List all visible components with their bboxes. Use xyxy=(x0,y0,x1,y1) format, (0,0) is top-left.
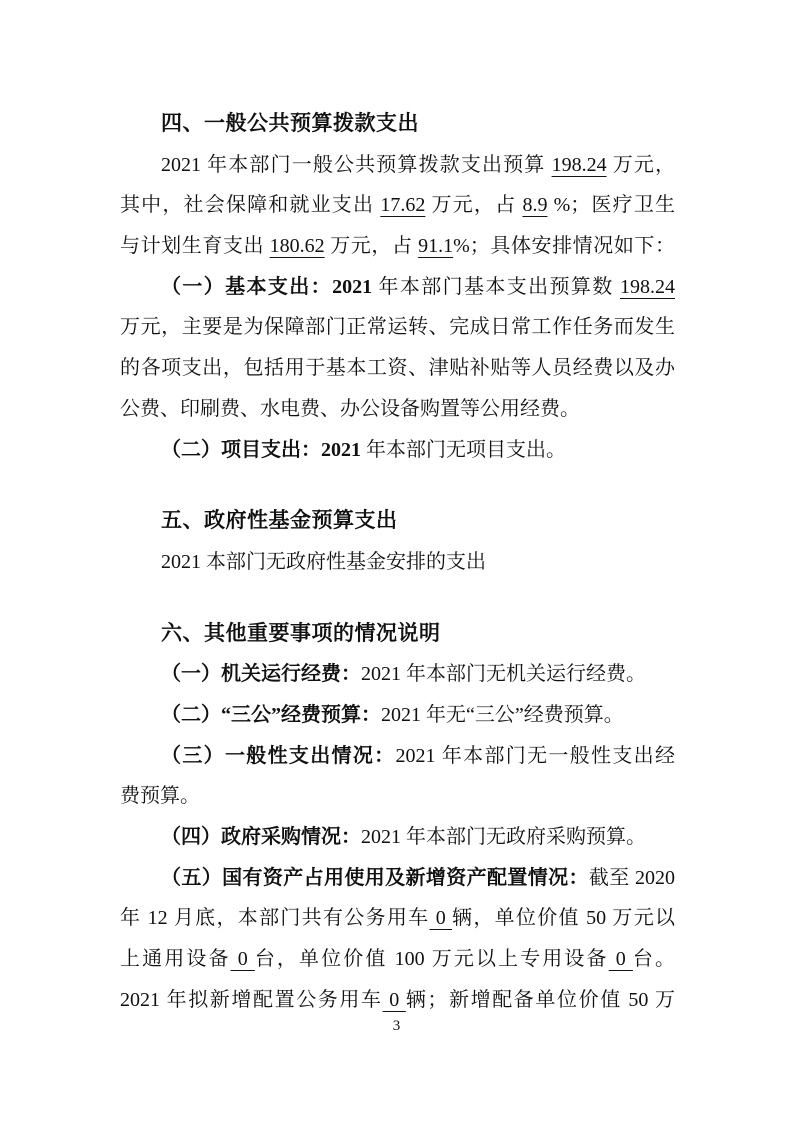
text-line: （三）一般性支出情况：2021 年本部门无一般性支出经 xyxy=(120,736,675,777)
text-run: 上通用设备 xyxy=(120,948,231,970)
text-line: （五）国有资产占用使用及新增资产配置情况：截至 2020 xyxy=(120,858,675,899)
underlined-value: 198.24 xyxy=(552,154,607,176)
text-line: 万元，主要是为保障部门正常运转、完成日常工作任务而发生 xyxy=(120,307,675,348)
text-line: 2021 年拟新增配置公务用车 0 辆；新增配备单位价值 50 万 xyxy=(120,980,675,1021)
text-run: 2021 年本部门一般公共预算拨款支出预算 xyxy=(161,154,552,176)
text-line: 年 12 月底，本部门共有公务用车 0 辆，单位价值 50 万元以 xyxy=(120,898,675,939)
text-run: 2021 年无“三公”经费预算。 xyxy=(381,704,624,726)
underlined-value: 0 xyxy=(383,989,406,1011)
text-line: 上通用设备 0 台，单位价值 100 万元以上专用设备 0 台。 xyxy=(120,939,675,980)
underlined-value: 180.62 xyxy=(270,235,325,257)
text-run: 五、政府性基金预算支出 xyxy=(161,509,398,532)
text-line: 其中，社会保障和就业支出 17.62 万元，占 8.9 %；医疗卫生 xyxy=(120,185,675,226)
text-run: 公费、印刷费、水电费、办公设备购置等公用经费。 xyxy=(120,398,580,420)
text-run: 2021 年本部门无一般性支出经 xyxy=(396,745,676,767)
text-line: 公费、印刷费、水电费、办公设备购置等公用经费。 xyxy=(120,389,675,430)
text-line: （四）政府采购情况：2021 年本部门无政府采购预算。 xyxy=(120,817,675,858)
text-run: （一）基本支出： xyxy=(161,276,332,298)
section-heading: 四、一般公共预算拨款支出 xyxy=(120,104,675,145)
text-run: 辆；新增配备单位价值 50 万 xyxy=(406,989,675,1011)
paragraph-gap xyxy=(120,583,675,614)
text-run: （四）政府采购情况： xyxy=(161,826,361,848)
underlined-value: 8.9 xyxy=(522,194,547,216)
text-run: 年 12 月底，本部门共有公务用车 xyxy=(120,907,429,929)
text-line: （一）机关运行经费：2021 年本部门无机关运行经费。 xyxy=(120,654,675,695)
text-line: 的各项支出，包括用于基本工资、津贴补贴等人员经费以及办 xyxy=(120,348,675,389)
text-run: （二）“三公”经费预算： xyxy=(161,704,381,726)
underlined-value: 0 xyxy=(231,948,255,970)
text-run: （五）国有资产占用使用及新增资产配置情况： xyxy=(161,867,589,889)
text-run: 2021 年本部门无机关运行经费。 xyxy=(361,663,646,685)
text-run: 年本部门无项目支出。 xyxy=(361,439,566,461)
text-line: （一）基本支出：2021 年本部门基本支出预算数 198.24 xyxy=(120,267,675,308)
underlined-value: 0 xyxy=(429,907,452,929)
text-run: 2021 本部门无政府性基金安排的支出 xyxy=(161,551,486,573)
text-run: %；医疗卫生 xyxy=(547,194,675,216)
text-run: 万元，占 xyxy=(325,235,418,257)
text-line: （二）“三公”经费预算：2021 年无“三公”经费预算。 xyxy=(120,695,675,736)
underlined-value: 0 xyxy=(609,948,633,970)
text-run: （三）一般性支出情况： xyxy=(161,745,396,767)
underlined-value: 17.62 xyxy=(380,194,425,216)
text-run: 台，单位价值 100 万元以上专用设备 xyxy=(255,948,609,970)
text-run: （一）机关运行经费： xyxy=(161,663,361,685)
text-run: 2021 xyxy=(321,439,361,461)
text-line: （二）项目支出：2021 年本部门无项目支出。 xyxy=(120,430,675,471)
text-run: 截至 2020 xyxy=(589,867,675,889)
document-body: 四、一般公共预算拨款支出2021 年本部门一般公共预算拨款支出预算 198.24… xyxy=(120,104,675,1020)
text-line: 2021 年本部门一般公共预算拨款支出预算 198.24 万元， xyxy=(120,145,675,186)
underlined-value: 198.24 xyxy=(620,276,675,298)
text-run: 其中，社会保障和就业支出 xyxy=(120,194,380,216)
text-run: 台。 xyxy=(633,948,675,970)
document-page: 四、一般公共预算拨款支出2021 年本部门一般公共预算拨款支出预算 198.24… xyxy=(0,0,793,1122)
text-run: （二）项目支出： xyxy=(161,439,321,461)
text-line: 与计划生育支出 180.62 万元，占 91.1%；具体安排情况如下： xyxy=(120,226,675,267)
text-line: 2021 本部门无政府性基金安排的支出 xyxy=(120,542,675,583)
text-run: 万元，主要是为保障部门正常运转、完成日常工作任务而发生 xyxy=(120,316,675,338)
text-run: 四、一般公共预算拨款支出 xyxy=(161,112,419,135)
text-run: 辆，单位价值 50 万元以 xyxy=(452,907,675,929)
section-heading: 五、政府性基金预算支出 xyxy=(120,501,675,542)
text-run: 六、其他重要事项的情况说明 xyxy=(161,622,441,645)
text-run: 万元， xyxy=(607,154,675,176)
paragraph-gap xyxy=(120,470,675,501)
text-run: 年本部门基本支出预算数 xyxy=(372,276,620,298)
text-run: 2021 年本部门无政府采购预算。 xyxy=(361,826,646,848)
underlined-value: 91.1 xyxy=(418,235,453,257)
text-run: 万元，占 xyxy=(425,194,522,216)
text-run: 与计划生育支出 xyxy=(120,235,270,257)
text-run: %；具体安排情况如下： xyxy=(453,235,675,257)
text-run: 2021 年拟新增配置公务用车 xyxy=(120,989,383,1011)
page-number: 3 xyxy=(0,1016,793,1036)
text-run: 2021 xyxy=(332,276,372,298)
text-line: 费预算。 xyxy=(120,776,675,817)
text-run: 费预算。 xyxy=(120,785,200,807)
text-run: 的各项支出，包括用于基本工资、津贴补贴等人员经费以及办 xyxy=(120,357,675,379)
section-heading: 六、其他重要事项的情况说明 xyxy=(120,614,675,655)
